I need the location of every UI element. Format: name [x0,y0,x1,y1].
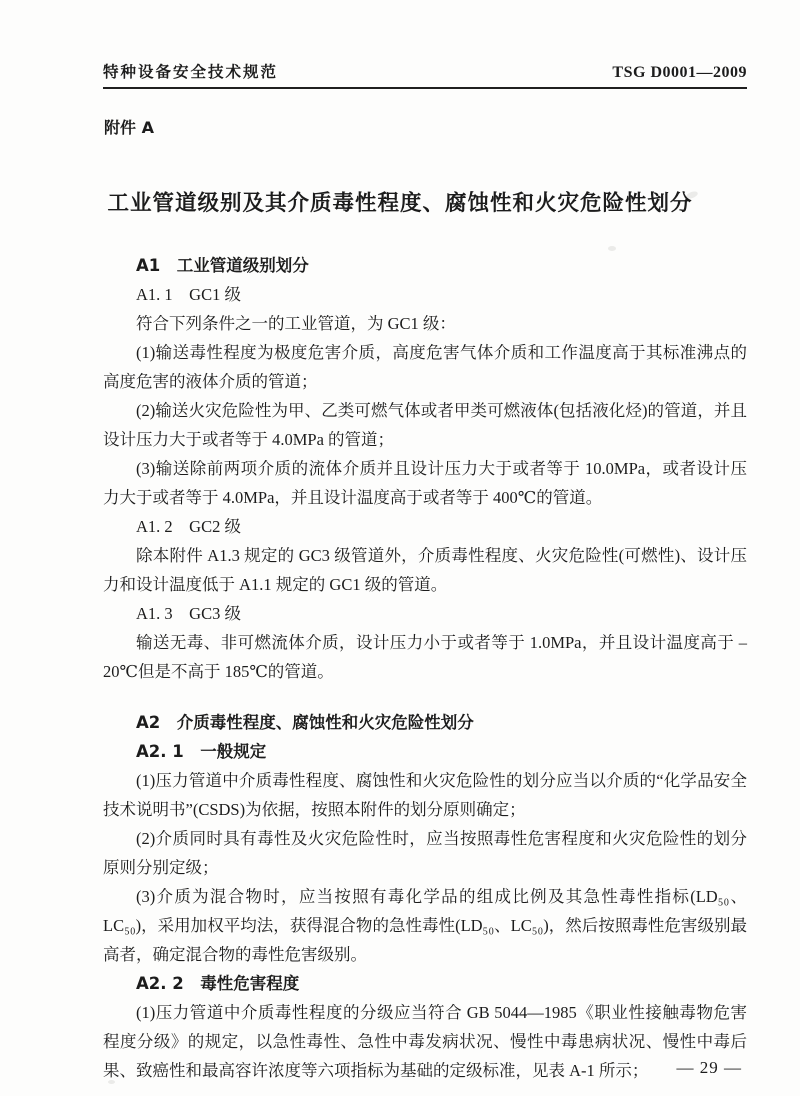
page-header: 特种设备安全技术规范 TSG D0001—2009 [103,60,747,89]
doc-paragraph: (1)压力管道中介质毒性程度、腐蚀性和火灾危险性的划分应当以介质的“化学品安全技… [103,766,747,824]
section-heading-a1-1: A1. 1 GC1 级 [103,280,747,309]
doc-paragraph: (3)介质为混合物时，应当按照有毒化学品的组成比例及其急性毒性指标(LD₅₀、L… [103,882,747,969]
doc-paragraph: 符合下列条件之一的工业管道，为 GC1 级： [103,309,747,338]
doc-paragraph: (3)输送除前两项介质的流体介质并且设计压力大于或者等于 10.0MPa，或者设… [103,454,747,512]
page-title: 工业管道级别及其介质毒性程度、腐蚀性和火灾危险性划分 [0,186,800,217]
section-heading-a2-1: A2. 1 一般规定 [103,737,747,766]
section-heading-a2-2: A2. 2 毒性危害程度 [103,969,747,998]
section-heading-a1: A1 工业管道级别划分 [103,251,747,280]
section-heading-a1-2: A1. 2 GC2 级 [103,512,747,541]
page-number: — 29 — [677,1058,743,1078]
section-heading-a2: A2 介质毒性程度、腐蚀性和火灾危险性划分 [103,708,747,737]
doc-paragraph: (1)压力管道中介质毒性程度的分级应当符合 GB 5044—1985《职业性接触… [103,998,747,1085]
doc-paragraph: 输送无毒、非可燃流体介质，设计压力小于或者等于 1.0MPa，并且设计温度高于 … [103,628,747,686]
document-body: A1 工业管道级别划分 A1. 1 GC1 级 符合下列条件之一的工业管道，为 … [103,251,747,1085]
attachment-label: 附件 A [104,115,800,138]
scan-artifact [108,1080,115,1084]
doc-paragraph: (2)介质同时具有毒性及火灾危险性时，应当按照毒性危害程度和火灾危险性的划分原则… [103,824,747,882]
regulation-name: 特种设备安全技术规范 [103,60,278,82]
section-heading-a1-3: A1. 3 GC3 级 [103,599,747,628]
scan-artifact [608,246,616,251]
doc-paragraph: (2)输送火灾危险性为甲、乙类可燃气体或者甲类可燃液体(包括液化烃)的管道，并且… [103,396,747,454]
scanned-document-page: { "page": { "header": { "left_title": "特… [0,0,800,1096]
document-code: TSG D0001—2009 [612,64,747,82]
doc-paragraph: 除本附件 A1.3 规定的 GC3 级管道外，介质毒性程度、火灾危险性(可燃性)… [103,541,747,599]
doc-paragraph: (1)输送毒性程度为极度危害介质，高度危害气体介质和工作温度高于其标准沸点的高度… [103,338,747,396]
